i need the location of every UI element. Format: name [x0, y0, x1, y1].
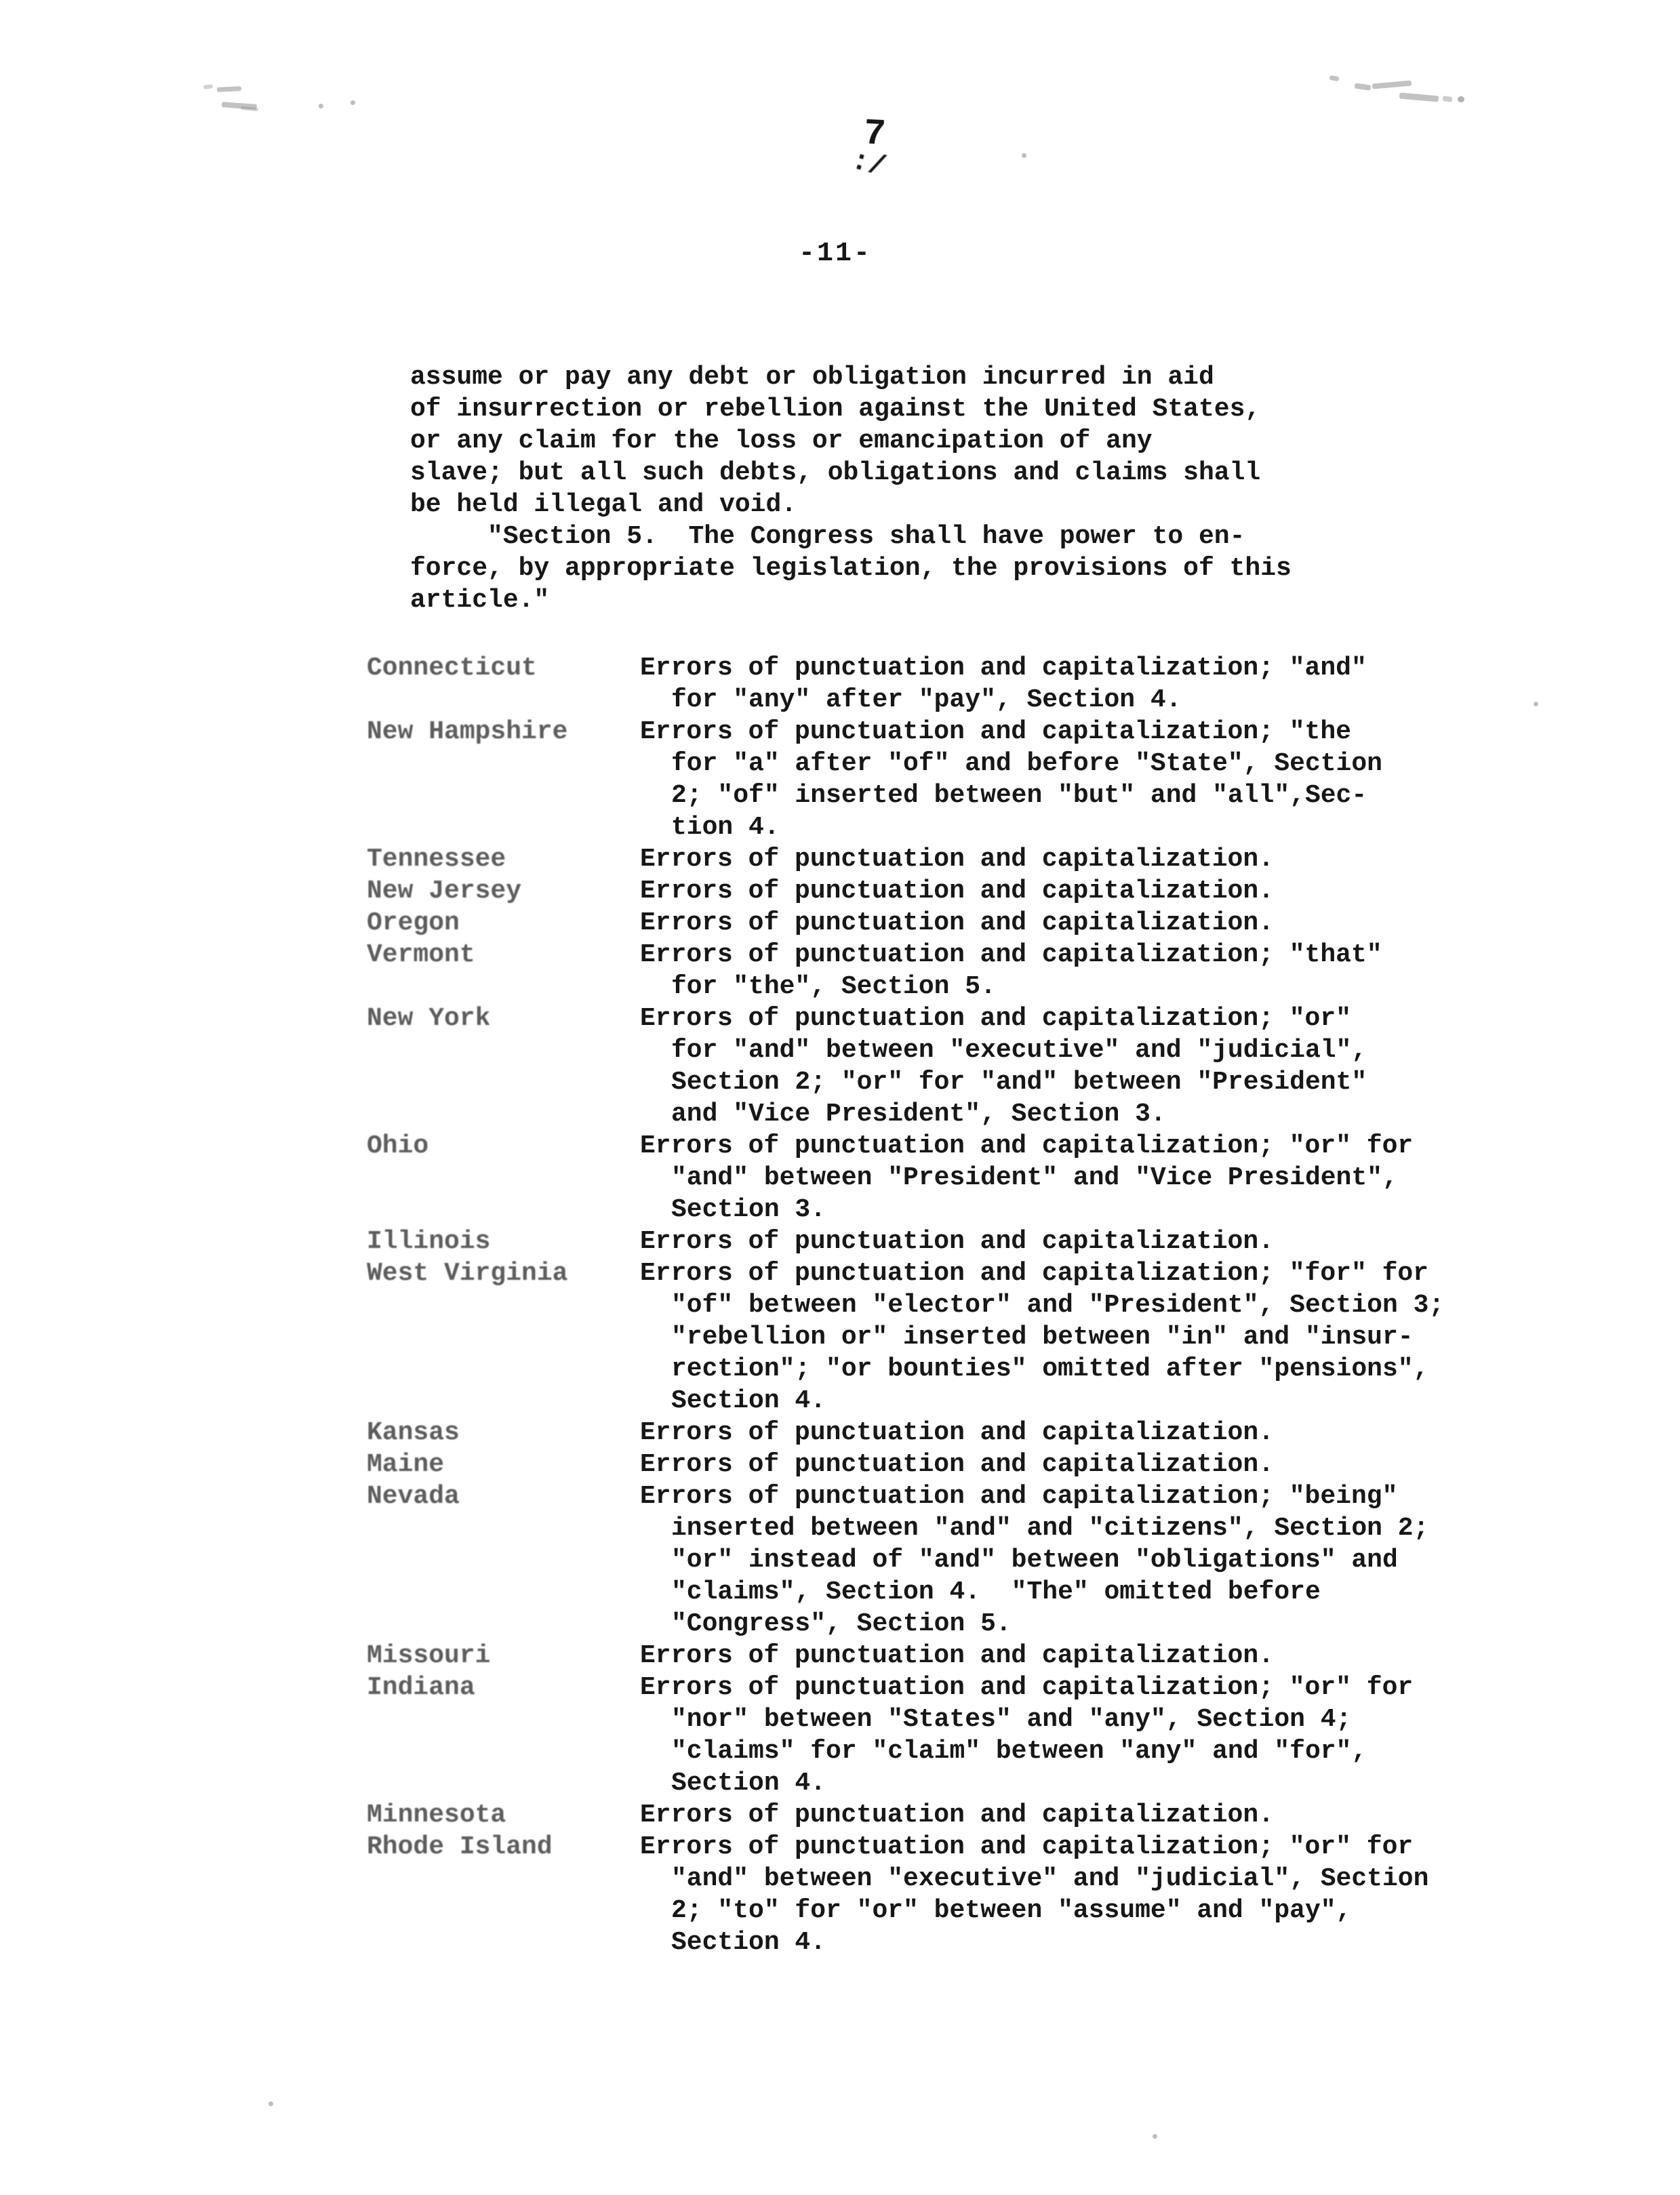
- paragraph-line: "Section 5. The Congress shall have powe…: [410, 521, 1292, 552]
- description-line: Section 2; "or" for "and" between "Presi…: [640, 1066, 1367, 1098]
- state-name: New Hampshire: [367, 716, 640, 843]
- state-name: Connecticut: [367, 652, 640, 716]
- description-line: "nor" between "States" and "any", Sectio…: [640, 1704, 1413, 1735]
- pencil-mark: [1329, 75, 1339, 81]
- state-description: Errors of punctuation and capitalization…: [640, 1003, 1367, 1130]
- state-entry: IndianaErrors of punctuation and capital…: [367, 1672, 1444, 1799]
- description-line: Errors of punctuation and capitalization…: [640, 1672, 1413, 1704]
- pencil-mark: [1443, 96, 1453, 102]
- state-name: Rhode Island: [367, 1831, 640, 1958]
- state-description: Errors of punctuation and capitalization…: [640, 843, 1274, 875]
- state-description: Errors of punctuation and capitalization…: [640, 1672, 1413, 1799]
- state-name: West Virginia: [367, 1257, 640, 1417]
- paragraph-line: of insurrection or rebellion against the…: [410, 393, 1292, 425]
- state-name: Illinois: [367, 1226, 640, 1257]
- description-line: Errors of punctuation and capitalization…: [640, 652, 1367, 684]
- state-entry: NevadaErrors of punctuation and capitali…: [367, 1481, 1444, 1640]
- pencil-mark: [1372, 80, 1412, 89]
- description-line: Errors of punctuation and capitalization…: [640, 843, 1274, 875]
- state-entry: Rhode IslandErrors of punctuation and ca…: [367, 1831, 1444, 1958]
- description-line: "Congress", Section 5.: [640, 1608, 1428, 1640]
- state-description: Errors of punctuation and capitalization…: [640, 939, 1382, 1003]
- paragraph-line: article.": [410, 584, 1292, 616]
- description-line: 2; "to" for "or" between "assume" and "p…: [640, 1895, 1428, 1927]
- state-name: Kansas: [367, 1417, 640, 1449]
- state-entry: TennesseeErrors of punctuation and capit…: [367, 843, 1444, 875]
- state-description: Errors of punctuation and capitalization…: [640, 1417, 1274, 1449]
- description-line: for "the", Section 5.: [640, 971, 1382, 1003]
- description-line: Errors of punctuation and capitalization…: [640, 1257, 1444, 1289]
- quoted-amendment-paragraph: assume or pay any debt or obligation inc…: [410, 361, 1292, 616]
- description-line: "and" between "President" and "Vice Pres…: [640, 1162, 1413, 1194]
- state-name: New Jersey: [367, 875, 640, 907]
- state-description: Errors of punctuation and capitalization…: [640, 1130, 1413, 1226]
- description-line: Errors of punctuation and capitalization…: [640, 1799, 1274, 1831]
- state-entry: West VirginiaErrors of punctuation and c…: [367, 1257, 1444, 1417]
- state-name: Vermont: [367, 939, 640, 1003]
- description-line: tion 4.: [640, 811, 1382, 843]
- state-name: Maine: [367, 1449, 640, 1481]
- description-line: Errors of punctuation and capitalization…: [640, 1640, 1274, 1672]
- scan-speck: [1458, 96, 1464, 102]
- description-line: for "any" after "pay", Section 4.: [640, 684, 1367, 716]
- scan-speck: [1534, 702, 1538, 706]
- description-line: inserted between "and" and "citizens", S…: [640, 1512, 1428, 1544]
- state-entry: MaineErrors of punctuation and capitaliz…: [367, 1449, 1444, 1481]
- state-description: Errors of punctuation and capitalization…: [640, 1226, 1274, 1257]
- description-line: and "Vice President", Section 3.: [640, 1098, 1367, 1130]
- scan-speck: [1022, 153, 1026, 158]
- state-entry: New YorkErrors of punctuation and capita…: [367, 1003, 1444, 1130]
- state-description: Errors of punctuation and capitalization…: [640, 907, 1274, 939]
- state-description: Errors of punctuation and capitalization…: [640, 1449, 1274, 1481]
- paragraph-line: be held illegal and void.: [410, 489, 1292, 521]
- state-errors-list: ConnecticutErrors of punctuation and cap…: [367, 652, 1444, 1958]
- state-description: Errors of punctuation and capitalization…: [640, 1799, 1274, 1831]
- description-line: "of" between "elector" and "President", …: [640, 1289, 1444, 1321]
- description-line: "claims", Section 4. "The" omitted befor…: [640, 1576, 1428, 1608]
- pencil-mark: [1355, 83, 1372, 90]
- state-name: Missouri: [367, 1640, 640, 1672]
- description-line: Errors of punctuation and capitalization…: [640, 1003, 1367, 1034]
- description-line: Errors of punctuation and capitalization…: [640, 1130, 1413, 1162]
- pencil-mark: [203, 84, 214, 89]
- description-line: Section 4.: [640, 1385, 1444, 1417]
- scan-speck: [319, 104, 323, 108]
- description-line: "claims" for "claim" between "any" and "…: [640, 1735, 1413, 1767]
- description-line: "or" instead of "and" between "obligatio…: [640, 1544, 1428, 1576]
- scan-speck: [268, 2101, 273, 2106]
- state-entry: OhioErrors of punctuation and capitaliza…: [367, 1130, 1444, 1226]
- description-line: Section 3.: [640, 1194, 1413, 1226]
- description-line: for "and" between "executive" and "judic…: [640, 1034, 1367, 1066]
- state-name: Ohio: [367, 1130, 640, 1226]
- description-line: Errors of punctuation and capitalization…: [640, 1831, 1428, 1863]
- description-line: Section 4.: [640, 1927, 1428, 1958]
- description-line: 2; "of" inserted between "but" and "all"…: [640, 780, 1382, 811]
- description-line: rection"; "or bounties" omitted after "p…: [640, 1353, 1444, 1385]
- description-line: Errors of punctuation and capitalization…: [640, 907, 1274, 939]
- state-entry: KansasErrors of punctuation and capitali…: [367, 1417, 1444, 1449]
- description-line: "rebellion or" inserted between "in" and…: [640, 1321, 1444, 1353]
- scan-speck: [1153, 2134, 1157, 2139]
- state-description: Errors of punctuation and capitalization…: [640, 716, 1382, 843]
- description-line: Errors of punctuation and capitalization…: [640, 716, 1382, 748]
- description-line: Errors of punctuation and capitalization…: [640, 1226, 1274, 1257]
- description-line: Errors of punctuation and capitalization…: [640, 939, 1382, 971]
- state-entry: MinnesotaErrors of punctuation and capit…: [367, 1799, 1444, 1831]
- description-line: Section 4.: [640, 1767, 1413, 1799]
- state-description: Errors of punctuation and capitalization…: [640, 1640, 1274, 1672]
- description-line: Errors of punctuation and capitalization…: [640, 1481, 1428, 1512]
- state-description: Errors of punctuation and capitalization…: [640, 1257, 1444, 1417]
- pencil-mark: [1399, 92, 1439, 102]
- state-name: Nevada: [367, 1481, 640, 1640]
- state-description: Errors of punctuation and capitalization…: [640, 1481, 1428, 1640]
- state-description: Errors of punctuation and capitalization…: [640, 875, 1274, 907]
- paragraph-line: or any claim for the loss or emancipatio…: [410, 425, 1292, 457]
- state-entry: ConnecticutErrors of punctuation and cap…: [367, 652, 1444, 716]
- pencil-mark: [217, 86, 241, 92]
- document-page: 7 :/ -11- assume or pay any debt or obli…: [0, 0, 1680, 2195]
- description-line: Errors of punctuation and capitalization…: [640, 875, 1274, 907]
- description-line: for "a" after "of" and before "State", S…: [640, 748, 1382, 780]
- state-entry: OregonErrors of punctuation and capitali…: [367, 907, 1444, 939]
- state-name: Minnesota: [367, 1799, 640, 1831]
- state-name: New York: [367, 1003, 640, 1130]
- scan-speck: [351, 100, 355, 105]
- paragraph-line: slave; but all such debts, obligations a…: [410, 457, 1292, 489]
- description-line: Errors of punctuation and capitalization…: [640, 1449, 1274, 1481]
- paragraph-line: force, by appropriate legislation, the p…: [410, 552, 1292, 584]
- state-name: Indiana: [367, 1672, 640, 1799]
- state-name: Oregon: [367, 907, 640, 939]
- state-description: Errors of punctuation and capitalization…: [640, 652, 1367, 716]
- paragraph-line: assume or pay any debt or obligation inc…: [410, 361, 1292, 393]
- description-line: Errors of punctuation and capitalization…: [640, 1417, 1274, 1449]
- state-entry: IllinoisErrors of punctuation and capita…: [367, 1226, 1444, 1257]
- page-number: -11-: [799, 239, 872, 269]
- state-entry: New JerseyErrors of punctuation and capi…: [367, 875, 1444, 907]
- state-description: Errors of punctuation and capitalization…: [640, 1831, 1428, 1958]
- state-entry: New HampshireErrors of punctuation and c…: [367, 716, 1444, 843]
- description-line: "and" between "executive" and "judicial"…: [640, 1863, 1428, 1895]
- state-entry: VermontErrors of punctuation and capital…: [367, 939, 1444, 1003]
- state-name: Tennessee: [367, 843, 640, 875]
- state-entry: MissouriErrors of punctuation and capita…: [367, 1640, 1444, 1672]
